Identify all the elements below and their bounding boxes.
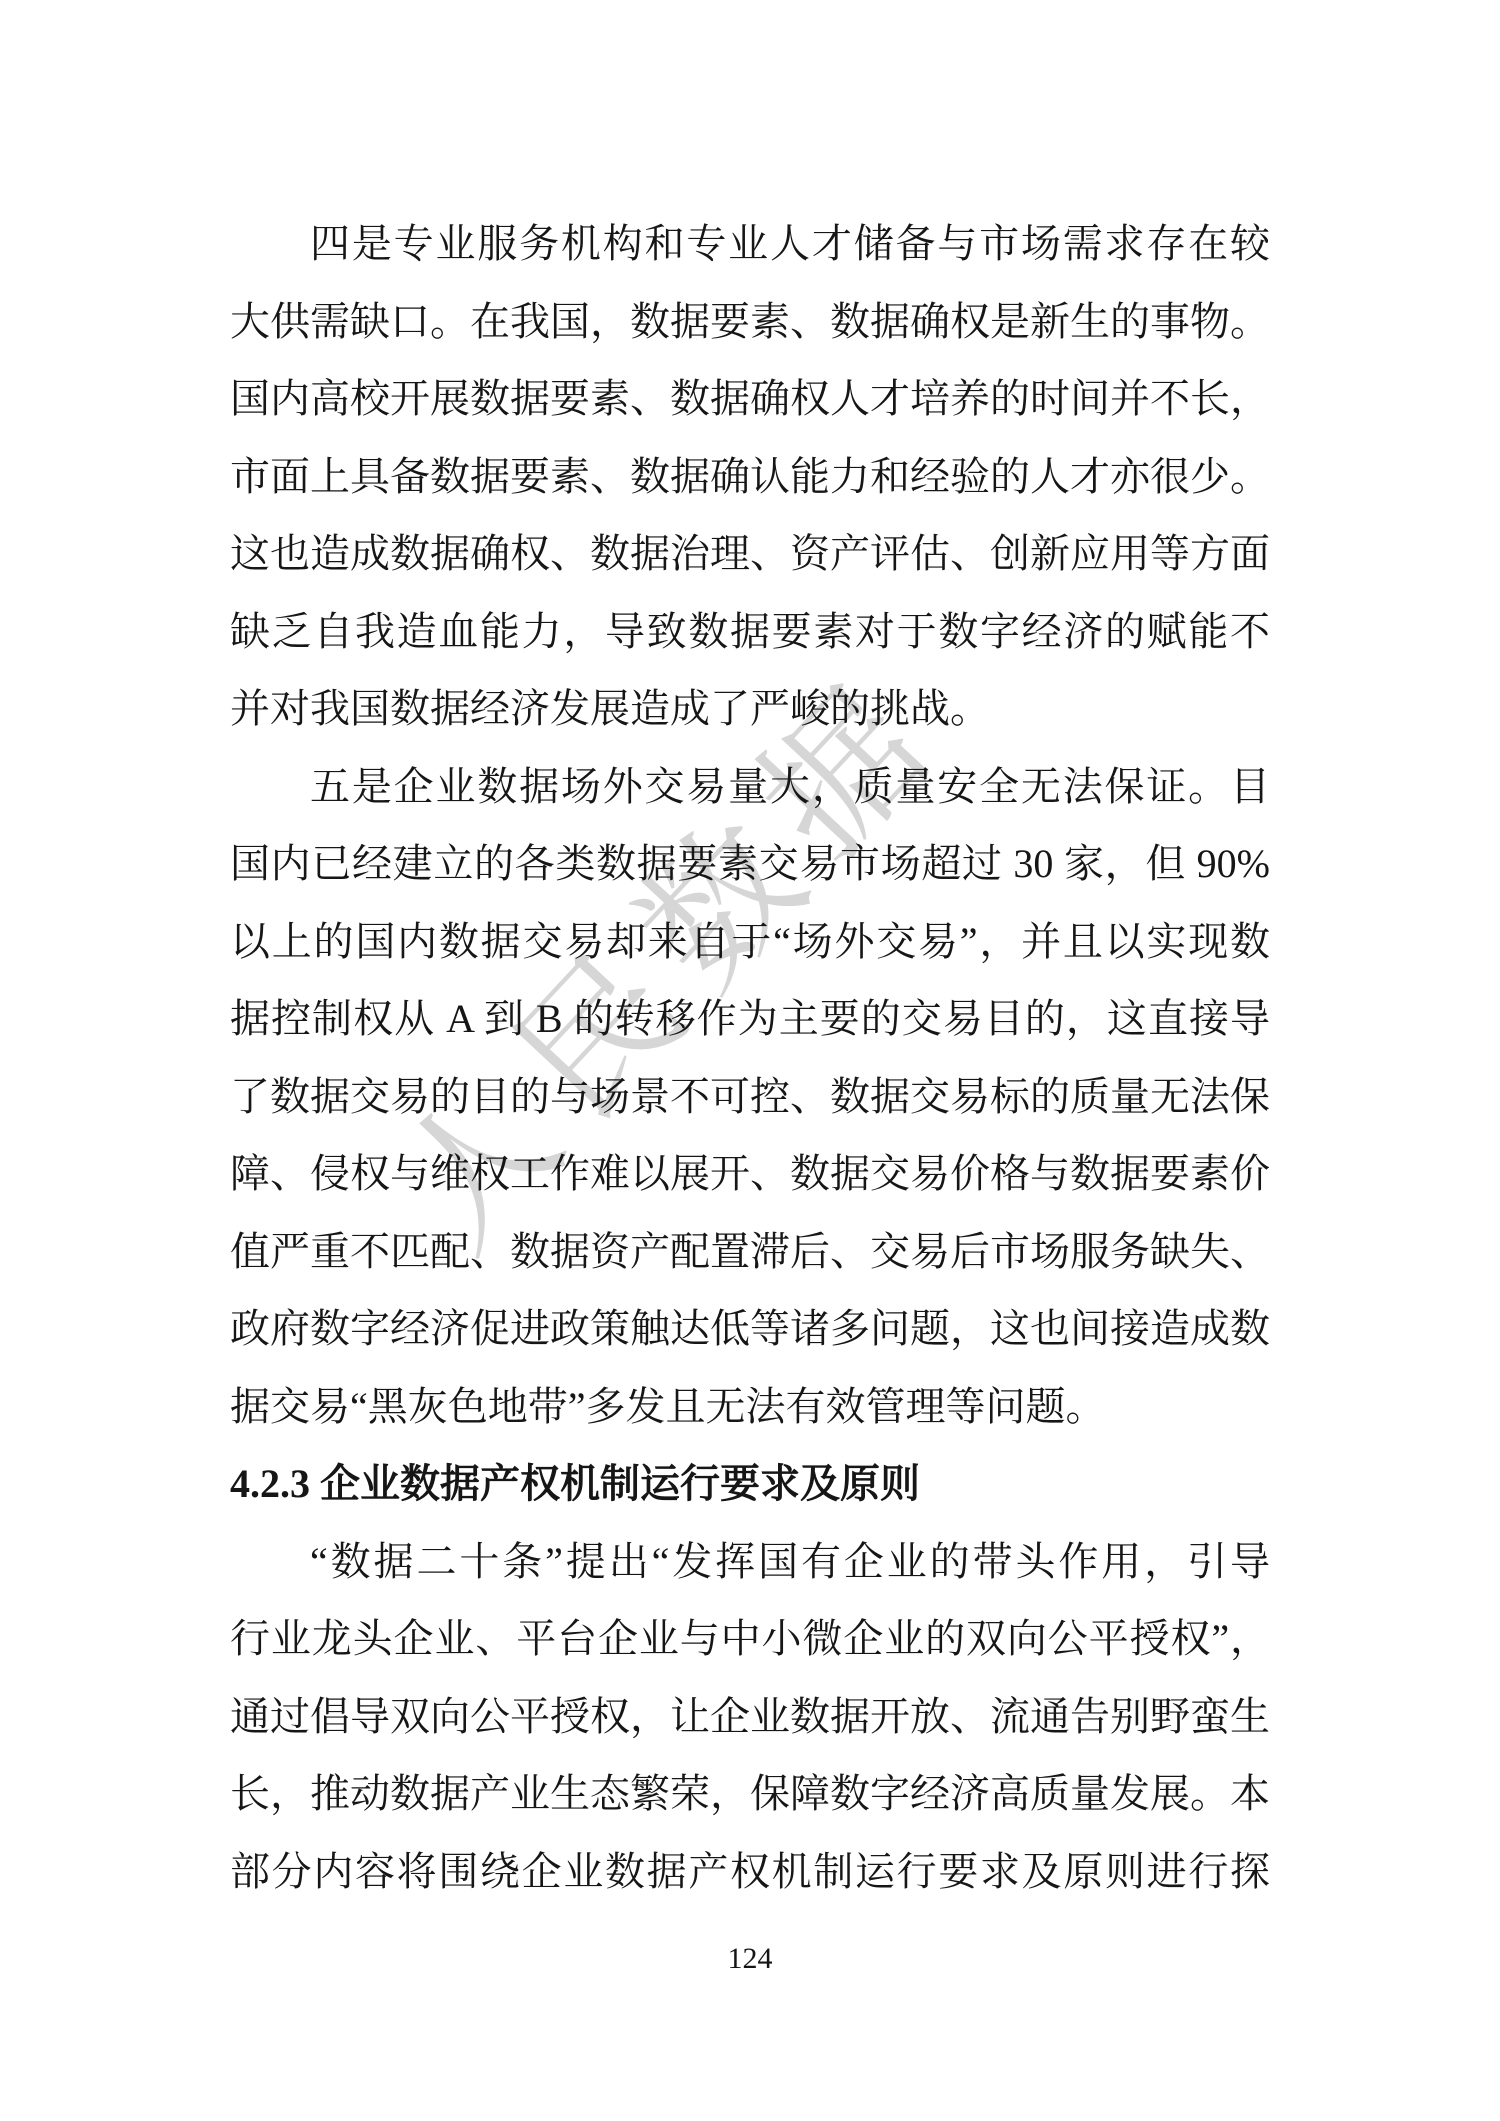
text-line: 国内已经建立的各类数据要素交易市场超过 30 家，但 90% bbox=[230, 825, 1270, 903]
text-line: 长，推动数据产业生态繁荣，保障数字经济高质量发展。本 bbox=[230, 1755, 1270, 1833]
page-number: 124 bbox=[230, 1942, 1270, 1976]
text-line: 大供需缺口。在我国，数据要素、数据确权是新生的事物。 bbox=[230, 283, 1270, 361]
text-line: 通过倡导双向公平授权，让企业数据开放、流通告别野蛮生 bbox=[230, 1678, 1270, 1756]
text-line: 据控制权从 A 到 B 的转移作为主要的交易目的，这直接导致 bbox=[230, 980, 1270, 1058]
text-line: 值严重不匹配、数据资产配置滞后、交易后市场服务缺失、 bbox=[230, 1213, 1270, 1291]
text-line: 障、侵权与维权工作难以展开、数据交易价格与数据要素价 bbox=[230, 1135, 1270, 1213]
document-page: 人民数据 四是专业服务机构和专业人才储备与市场需求存在较大供需缺口。在我国，数据… bbox=[0, 0, 1500, 2121]
text-line: 部分内容将围绕企业数据产权机制运行要求及原则进行探 bbox=[230, 1833, 1270, 1911]
text-line: 这也造成数据确权、数据治理、资产评估、创新应用等方面 bbox=[230, 515, 1270, 593]
text-line: 市面上具备数据要素、数据确认能力和经验的人才亦很少。 bbox=[230, 438, 1270, 516]
text-line: 四是专业服务机构和专业人才储备与市场需求存在较 bbox=[230, 205, 1270, 283]
text-line: 缺乏自我造血能力，导致数据要素对于数字经济的赋能不足， bbox=[230, 593, 1270, 671]
text-line: 五是企业数据场外交易量大，质量安全无法保证。目前， bbox=[230, 748, 1270, 826]
text-line: 行业龙头企业、平台企业与中小微企业的双向公平授权”， bbox=[230, 1600, 1270, 1678]
text-lines-container: 四是专业服务机构和专业人才储备与市场需求存在较大供需缺口。在我国，数据要素、数据… bbox=[230, 205, 1270, 1910]
section-heading: 4.2.3 企业数据产权机制运行要求及原则 bbox=[230, 1445, 1270, 1523]
text-line: 了数据交易的目的与场景不可控、数据交易标的质量无法保 bbox=[230, 1058, 1270, 1136]
page-body-text: 四是专业服务机构和专业人才储备与市场需求存在较大供需缺口。在我国，数据要素、数据… bbox=[230, 205, 1270, 1910]
text-line: 以上的国内数据交易却来自于“场外交易”，并且以实现数 bbox=[230, 903, 1270, 981]
text-line: 国内高校开展数据要素、数据确权人才培养的时间并不长， bbox=[230, 360, 1270, 438]
text-line: 并对我国数据经济发展造成了严峻的挑战。 bbox=[230, 670, 1270, 748]
text-line: 政府数字经济促进政策触达低等诸多问题，这也间接造成数 bbox=[230, 1290, 1270, 1368]
text-line: “数据二十条”提出“发挥国有企业的带头作用，引导 bbox=[230, 1523, 1270, 1601]
text-line: 据交易“黑灰色地带”多发且无法有效管理等问题。 bbox=[230, 1368, 1270, 1446]
